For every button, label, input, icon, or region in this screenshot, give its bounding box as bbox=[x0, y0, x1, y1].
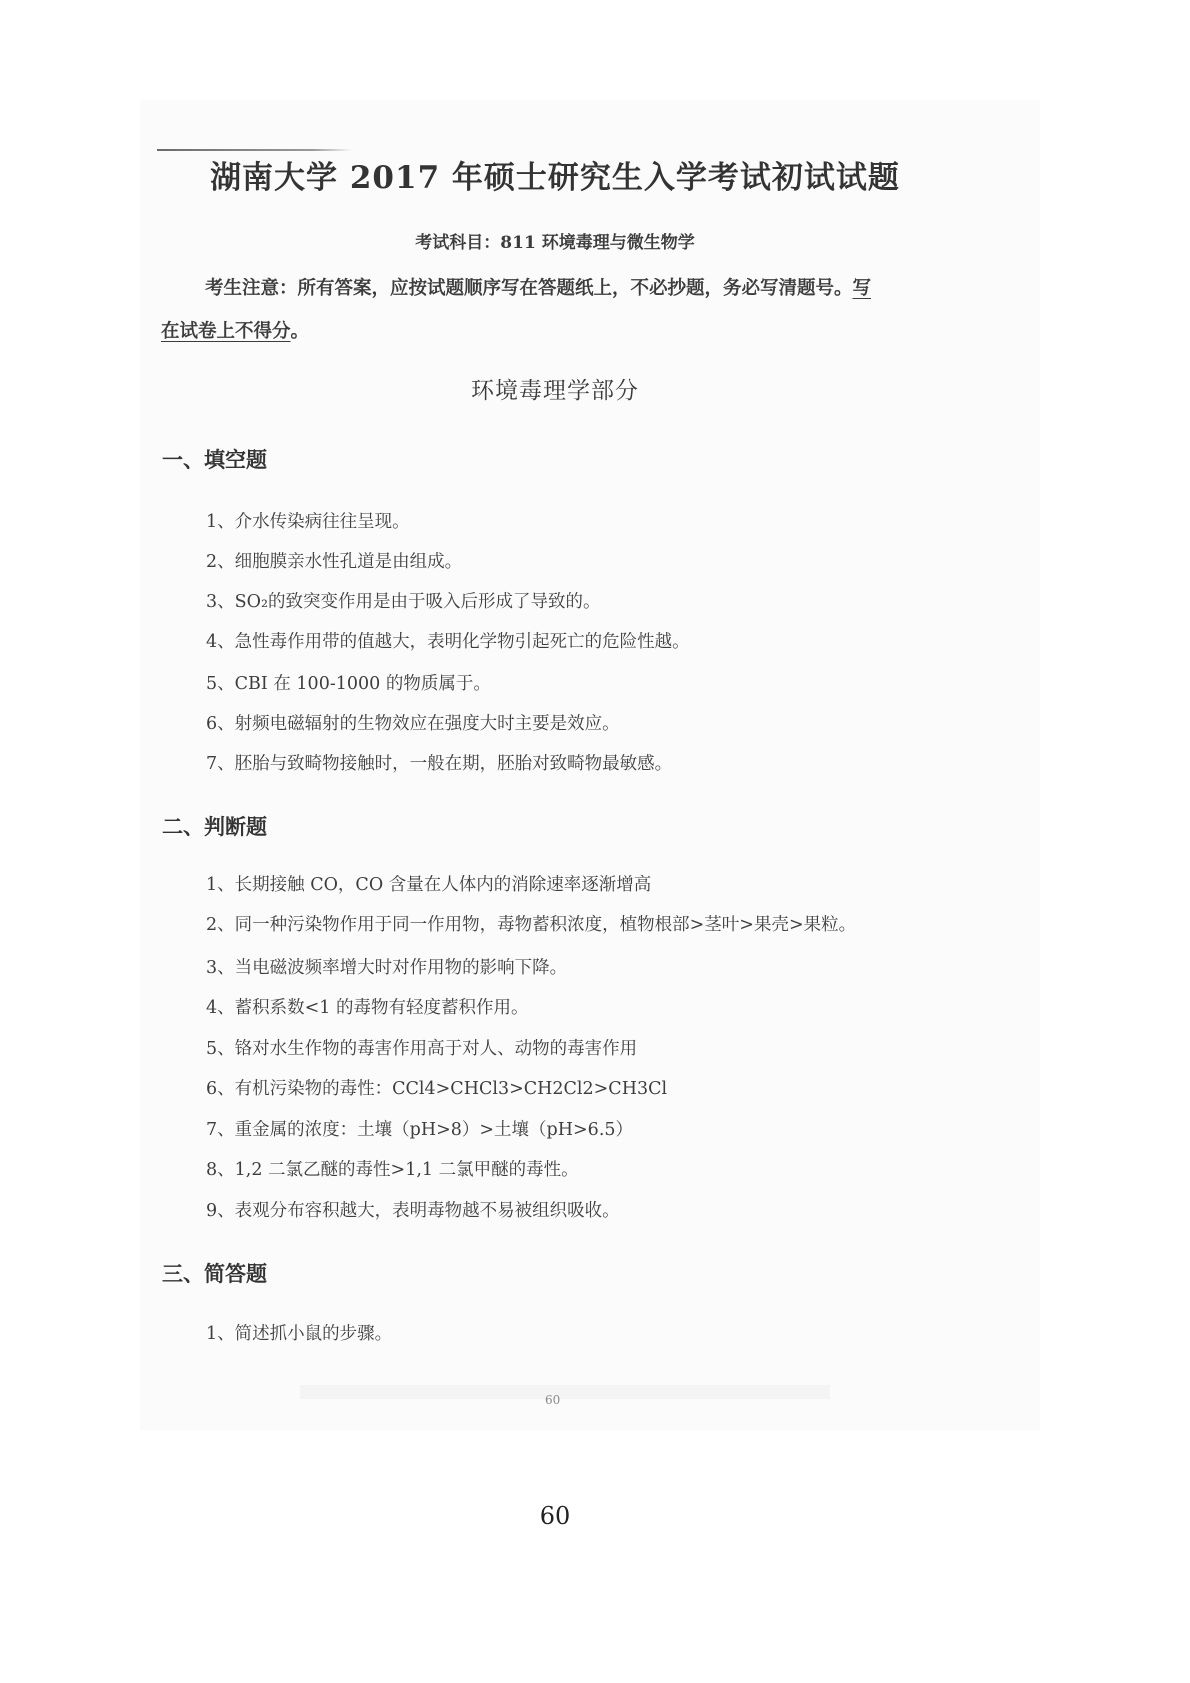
section-heading-true-false: 二、判断题 bbox=[162, 811, 267, 841]
part-title: 环境毒理学部分 bbox=[0, 372, 1110, 405]
question-item: 1、简述抓小鼠的步骤。 bbox=[206, 1320, 392, 1345]
section-heading-fill-in: 一、填空题 bbox=[162, 444, 267, 474]
notice-underlined-start: 写 bbox=[853, 278, 872, 299]
notice-underlined-text: 在试卷上不得分 bbox=[161, 321, 291, 342]
question-item: 5、CBI 在 100-1000 的物质属于。 bbox=[206, 670, 491, 695]
candidate-notice-line-1: 考生注意：所有答案，应按试题顺序写在答题纸上，不必抄题，务必写清题号。写 bbox=[205, 274, 871, 300]
question-item: 1、介水传染病往往呈现。 bbox=[206, 508, 410, 533]
question-item: 7、重金属的浓度：土壤（pH>8）>土壤（pH>6.5） bbox=[206, 1116, 633, 1141]
question-item: 2、细胞膜亲水性孔道是由组成。 bbox=[206, 548, 462, 573]
question-item: 5、铬对水生作物的毒害作用高于对人、动物的毒害作用 bbox=[206, 1035, 637, 1060]
question-item: 3、当电磁波频率增大时对作用物的影响下降。 bbox=[206, 954, 567, 979]
exam-subject: 考试科目：811 环境毒理与微生物学 bbox=[0, 228, 1110, 253]
candidate-notice-line-2: 在试卷上不得分。 bbox=[161, 317, 309, 343]
faint-scan-page-mark: 60 bbox=[545, 1393, 560, 1407]
notice-text: 考生注意：所有答案，应按试题顺序写在答题纸上，不必抄题，务必写清题号。 bbox=[205, 278, 853, 299]
question-item: 2、同一种污染物作用于同一作用物，毒物蓄积浓度，植物根部>茎叶>果壳>果粒。 bbox=[206, 911, 856, 936]
exam-title: 湖南大学 2017 年硕士研究生入学考试初试试题 bbox=[0, 152, 1110, 197]
header-rule bbox=[157, 149, 352, 151]
question-item: 6、有机污染物的毒性：CCl4>CHCl3>CH2Cl2>CH3Cl bbox=[206, 1075, 667, 1100]
question-item: 1、长期接触 CO，CO 含量在人体内的消除速率逐渐增高 bbox=[206, 871, 651, 896]
question-item: 6、射频电磁辐射的生物效应在强度大时主要是效应。 bbox=[206, 710, 620, 735]
question-item: 4、急性毒作用带的值越大，表明化学物引起死亡的危险性越。 bbox=[206, 628, 690, 653]
question-item: 8、1,2 二氯乙醚的毒性>1,1 二氯甲醚的毒性。 bbox=[206, 1156, 579, 1181]
question-item: 4、蓄积系数<1 的毒物有轻度蓄积作用。 bbox=[206, 994, 529, 1019]
section-heading-short-answer: 三、简答题 bbox=[162, 1258, 267, 1288]
page-number: 60 bbox=[0, 1502, 1110, 1530]
scan-artifact-band bbox=[300, 1385, 830, 1399]
notice-tail: 。 bbox=[291, 321, 310, 342]
question-item: 7、胚胎与致畸物接触时，一般在期，胚胎对致畸物最敏感。 bbox=[206, 750, 672, 775]
question-item: 3、SO₂的致突变作用是由于吸入后形成了导致的。 bbox=[206, 588, 600, 613]
question-item: 9、表观分布容积越大，表明毒物越不易被组织吸收。 bbox=[206, 1197, 620, 1222]
